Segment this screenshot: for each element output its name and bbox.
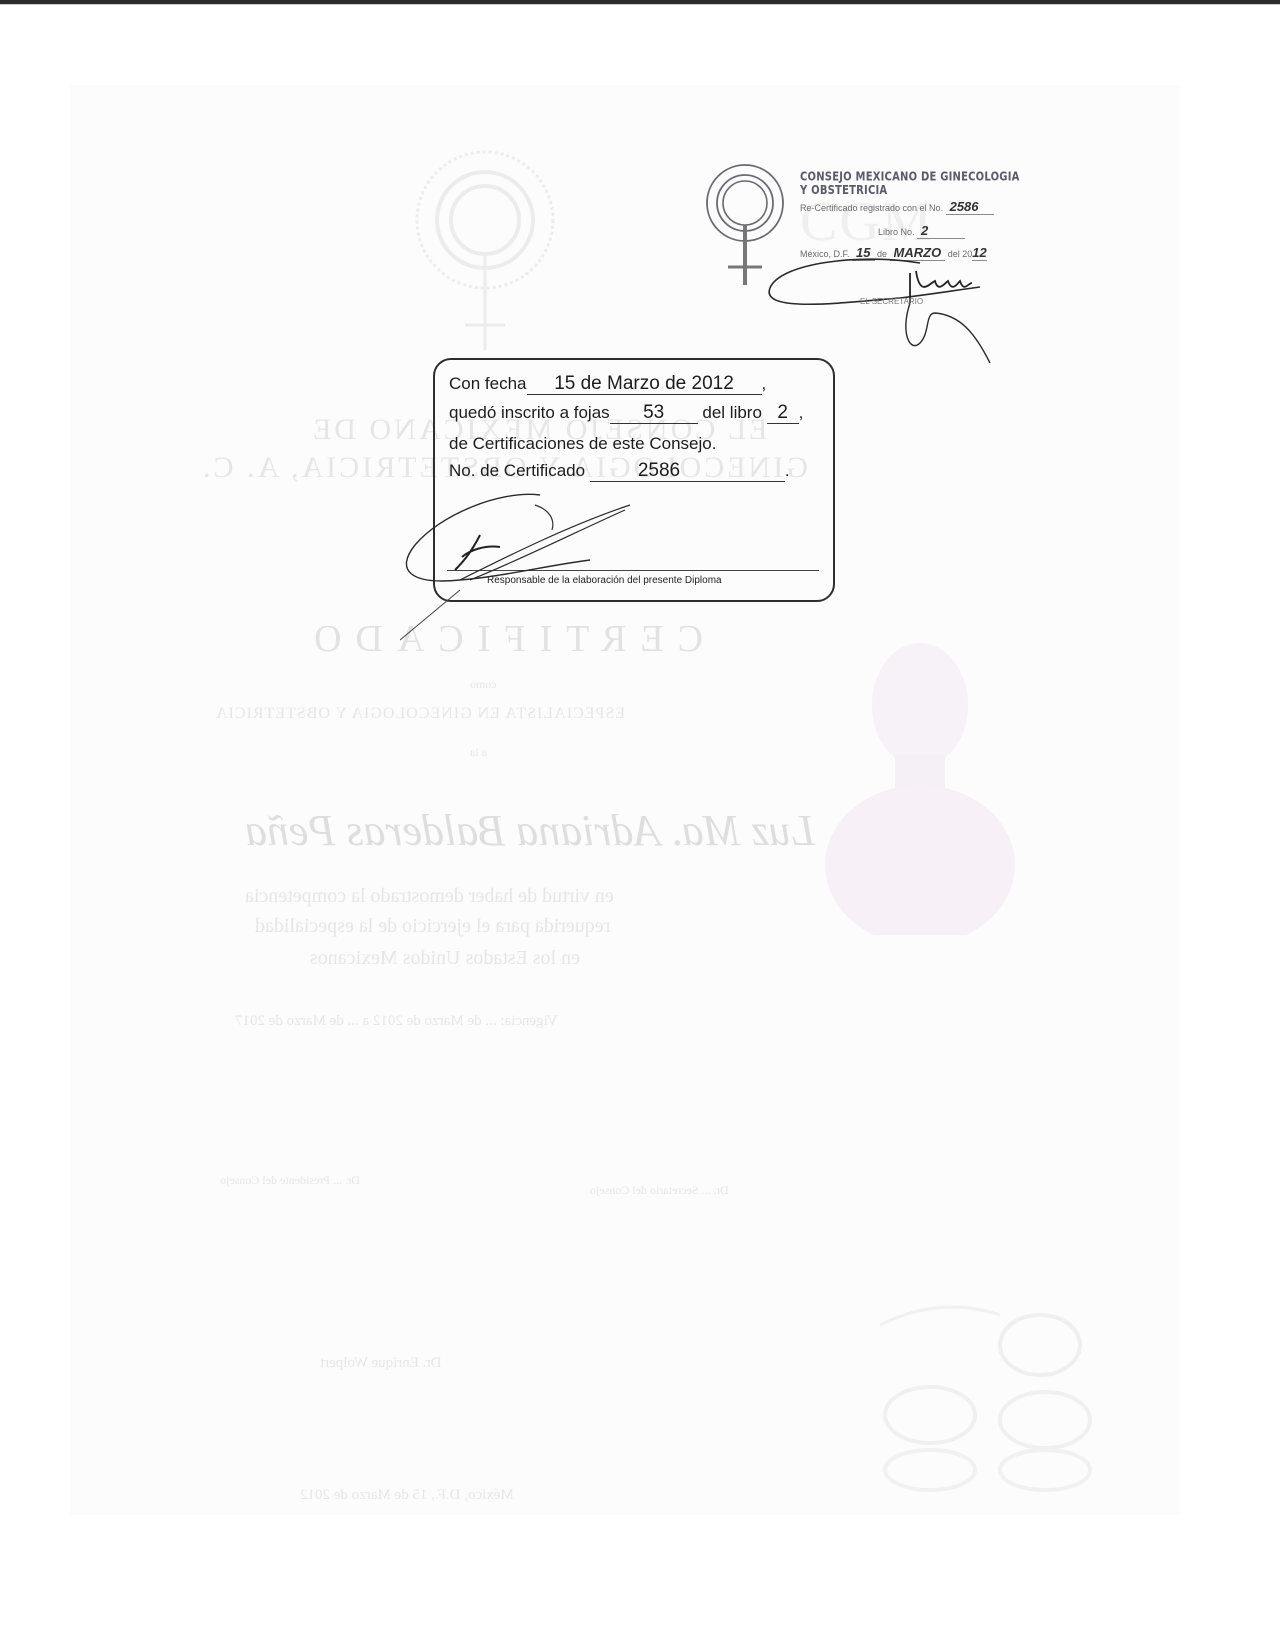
fojas-line: quedó inscrito a fojas53 del libro 2, bbox=[449, 403, 803, 424]
ghost-vigencia: Vigencia: ... de Marzo de 2012 a ... de … bbox=[235, 1013, 558, 1030]
fecha-value: 15 de Marzo de 2012 bbox=[527, 374, 762, 395]
ghost-venus-logo-icon bbox=[410, 145, 560, 355]
cert-line: No. de Certificado 2586. bbox=[449, 461, 790, 482]
stamp-libro-line: Libro No. 2 bbox=[878, 223, 965, 239]
stamp-libro-label: Libro No. bbox=[878, 227, 915, 237]
fecha-line: Con fecha15 de Marzo de 2012, bbox=[449, 374, 766, 395]
stamp-recert-line: Re-Certificado registrado con el No. 258… bbox=[800, 199, 994, 215]
ghost-specialty: ESPECIALISTA EN GINECOLOGIA Y OBSTETRICI… bbox=[215, 705, 625, 723]
ghost-signer-3: Dr. Enrique Wolpert bbox=[320, 1355, 441, 1372]
stamp-recert-label: Re-Certificado registrado con el No. bbox=[800, 203, 943, 213]
libro-value: 2 bbox=[767, 403, 799, 424]
ghost-virtud-2: requerida para el ejercicio de la especi… bbox=[255, 915, 610, 938]
stamp-signer-title: EL SECRETARIO bbox=[860, 297, 923, 306]
document-page: CGM EL CONSEJO MEXICANO DE GINECOLOGIA Y… bbox=[0, 5, 1280, 1644]
ghost-signer-1: Dr. ... Presidente del Consejo bbox=[220, 1173, 360, 1188]
consejo-text: de Certificaciones de este Consejo. bbox=[449, 434, 716, 454]
ghost-portrait-photo bbox=[820, 635, 1020, 935]
stamp-libro-number: 2 bbox=[917, 223, 965, 239]
ghost-signer-2: Dr. ... Secretario del Consejo bbox=[590, 1183, 729, 1198]
ghost-a: a la bbox=[470, 745, 487, 760]
libro-label: del libro bbox=[702, 403, 762, 422]
stamp-recert-number: 2586 bbox=[946, 199, 994, 215]
fojas-value: 53 bbox=[610, 403, 698, 424]
ghost-recipient-name: Dra. Luz Ma. Adriana Balderas Peña bbox=[245, 805, 908, 856]
ghost-virtud-1: en virtud de haber demostrado la compete… bbox=[245, 885, 614, 908]
ghost-virtud-3: en los Estados Unidos Mexicanos bbox=[310, 947, 580, 970]
fojas-label: quedó inscrito a fojas bbox=[449, 403, 610, 422]
ghost-seal-logo-icon bbox=[860, 1295, 1100, 1495]
ghost-place-date: México, D.F., 15 de Marzo de 2012 bbox=[300, 1487, 514, 1504]
registration-stamp: CONSEJO MEXICANO DE GINECOLOGIA Y OBSTET… bbox=[700, 163, 1020, 353]
ghost-como: como bbox=[470, 677, 497, 692]
stamp-organization: CONSEJO MEXICANO DE GINECOLOGIA Y OBSTET… bbox=[800, 171, 1020, 197]
cert-label: No. de Certificado bbox=[449, 461, 585, 480]
fecha-label: Con fecha bbox=[449, 374, 527, 393]
cert-value: 2586 bbox=[590, 461, 785, 482]
responsible-signature bbox=[400, 485, 660, 645]
